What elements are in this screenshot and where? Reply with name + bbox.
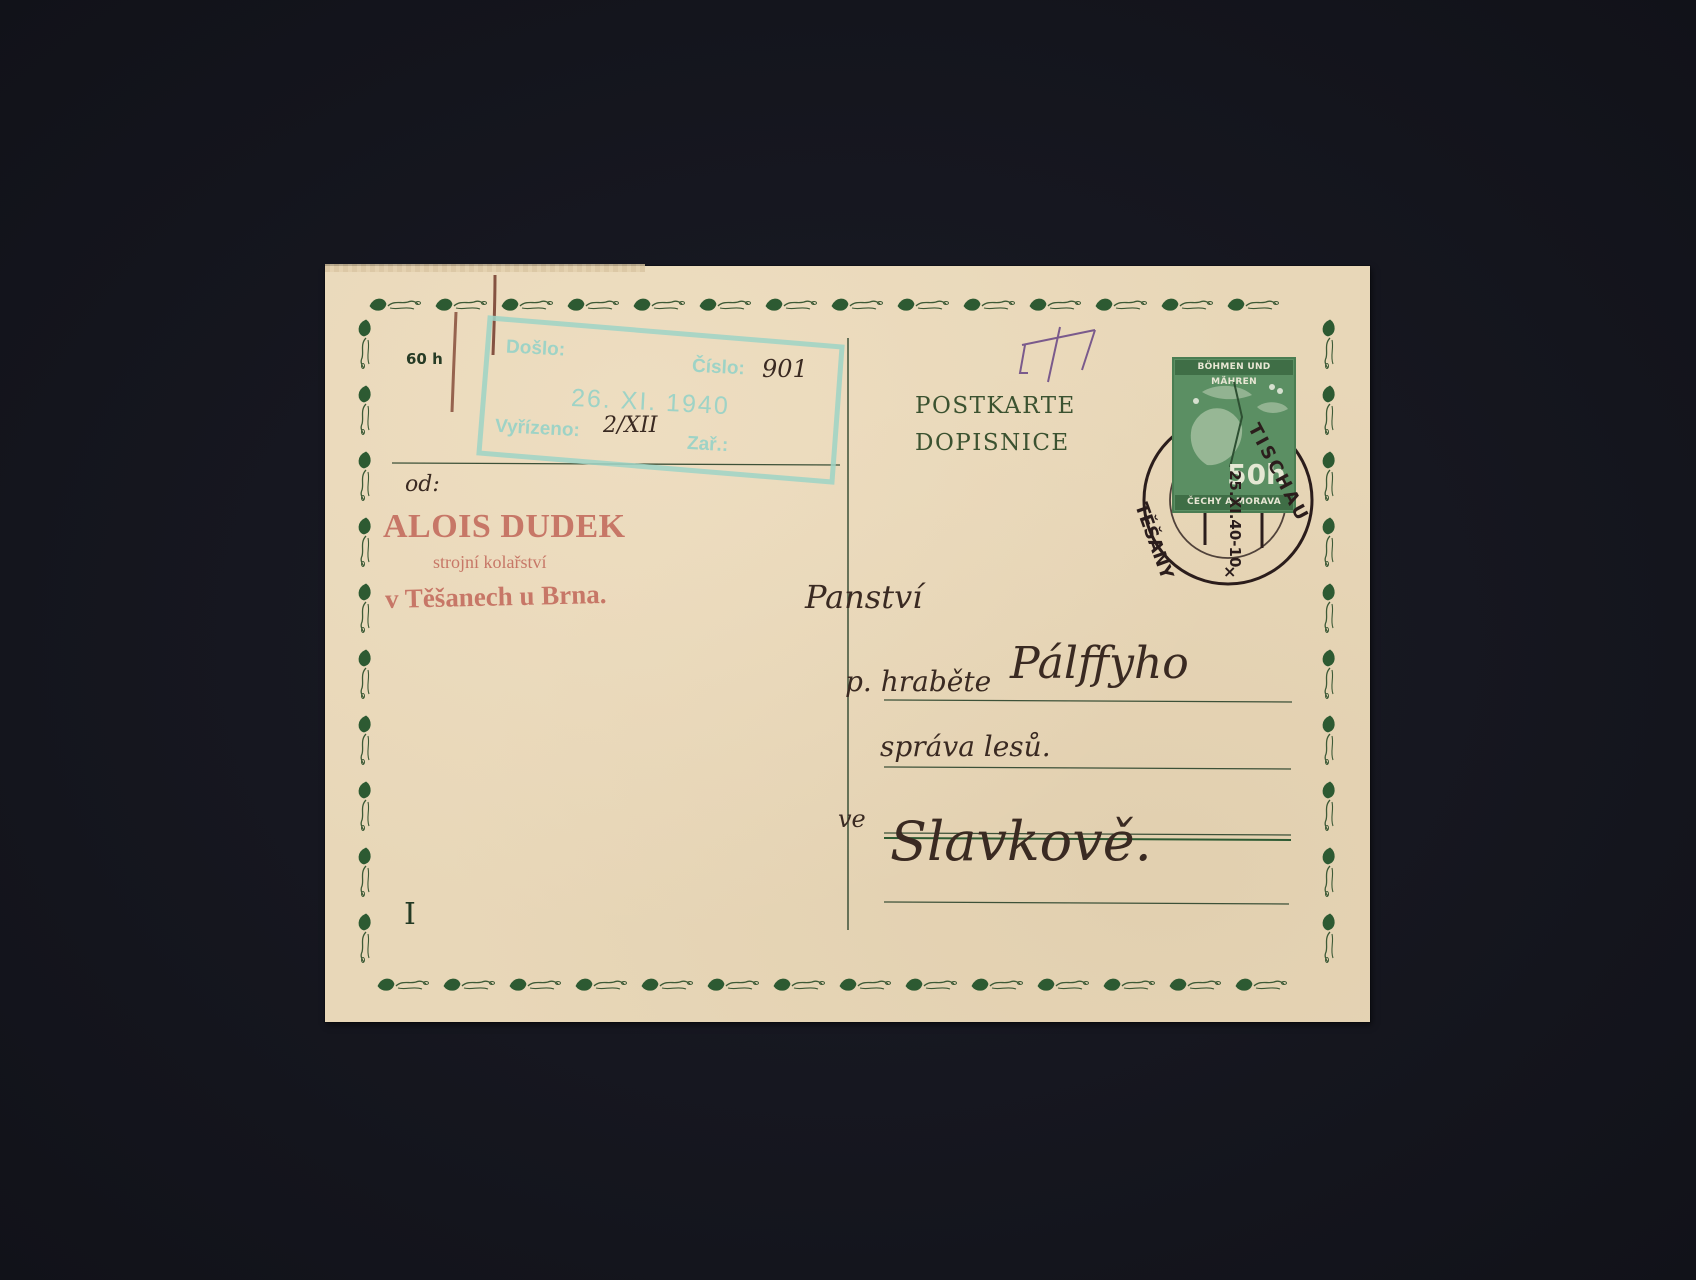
receipt-number-value: 901 [762, 355, 808, 383]
sender-prefix: od: [405, 472, 440, 497]
card-graphics [0, 0, 1696, 1280]
title-dopisnice: DOPISNICE [915, 430, 1070, 456]
address-line1: Panství [805, 578, 922, 616]
address-line4-city: Slavkově. [890, 810, 1152, 873]
title-postkarte: POSTKARTE [915, 393, 1076, 419]
price-label: 60 h [406, 350, 443, 368]
address-line-1 [884, 700, 1292, 702]
annotation-mark [1020, 327, 1095, 382]
receipt-received-label: Došlo: [505, 336, 565, 361]
sender-name: ALOIS DUDEK [383, 508, 626, 546]
receipt-filed-label: Zař.: [686, 433, 728, 457]
address-line4-prefix: ve [838, 805, 866, 833]
receipt-handled-label: Vyřízeno: [494, 416, 580, 442]
address-line2-prefix: p. hraběte [845, 665, 991, 698]
address-line3: správa lesů. [880, 730, 1051, 763]
postmark-date: 25.XI.40-10 [1226, 470, 1244, 567]
sender-trade: strojní kolařství [433, 552, 547, 573]
roman-numeral: I [404, 897, 416, 932]
postmark-star: × [1223, 562, 1236, 581]
address-line2-name: Pálffyho [1010, 638, 1189, 689]
address-line-2 [884, 767, 1291, 769]
receipt-number-label: Číslo: [691, 356, 745, 381]
sender-place: v Těšanech u Brna. [385, 579, 607, 615]
receipt-handled-value: 2/XII [603, 413, 657, 438]
address-line-4 [884, 902, 1289, 904]
